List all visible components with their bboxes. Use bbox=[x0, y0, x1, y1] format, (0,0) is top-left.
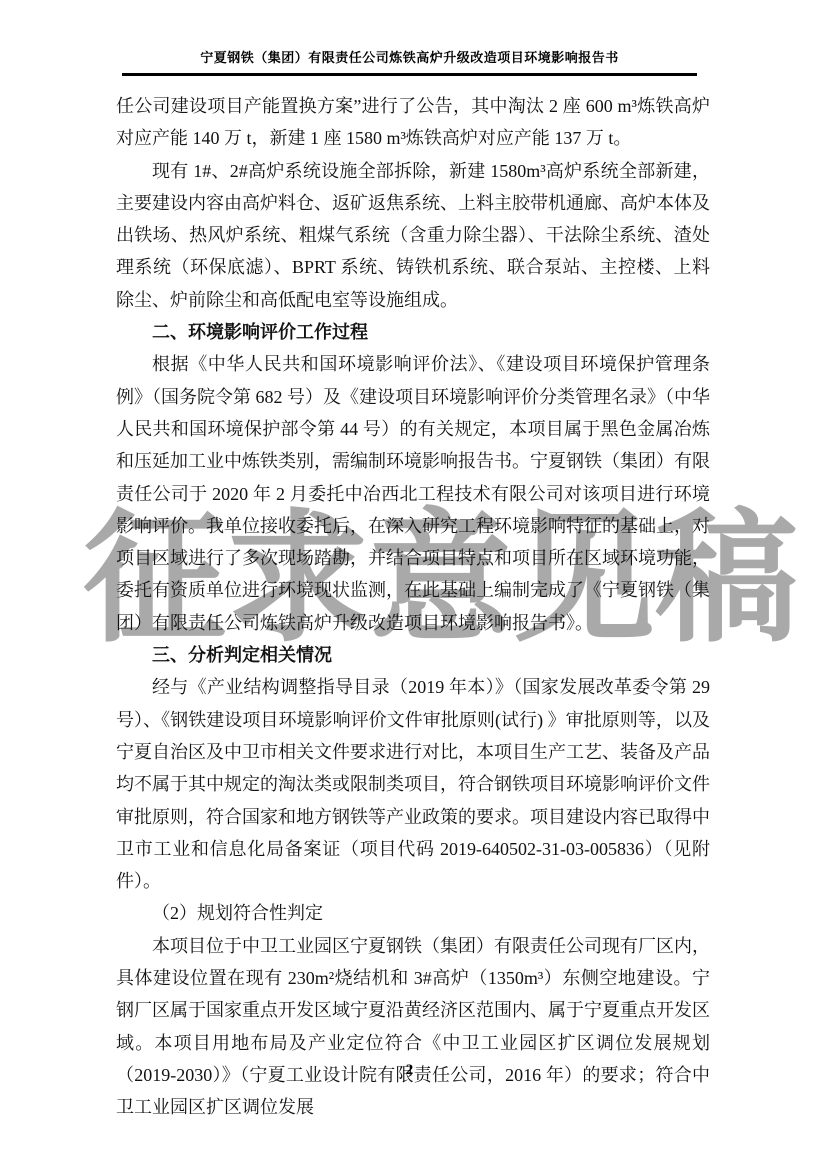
document-body: 任公司建设项目产能置换方案”进行了公告，其中淘汰 2 座 600 m³炼铁高炉对… bbox=[116, 90, 710, 1124]
page-header-title: 宁夏钢铁（集团）有限责任公司炼铁高炉升级改造项目环境影响报告书 bbox=[0, 47, 819, 66]
document-page: 宁夏钢铁（集团）有限责任公司炼铁高炉升级改造项目环境影响报告书 征求意见稿 任公… bbox=[0, 0, 819, 1158]
paragraph: 本项目位于中卫工业园区宁夏钢铁（集团）有限责任公司现有厂区内，具体建设位置在现有… bbox=[116, 930, 710, 1124]
section-heading: 三、分析判定相关情况 bbox=[116, 639, 710, 671]
header-rule bbox=[122, 73, 697, 76]
section-heading: 二、环境影响评价工作过程 bbox=[116, 316, 710, 348]
page-number: 2 bbox=[0, 1062, 819, 1079]
paragraph: （2）规划符合性判定 bbox=[116, 897, 710, 929]
paragraph: 根据《中华人民共和国环境影响评价法》、《建设项目环境保护管理条例》（国务院令第 … bbox=[116, 348, 710, 639]
paragraph: 现有 1#、2#高炉系统设施全部拆除，新建 1580m³高炉系统全部新建，主要建… bbox=[116, 155, 710, 316]
paragraph: 任公司建设项目产能置换方案”进行了公告，其中淘汰 2 座 600 m³炼铁高炉对… bbox=[116, 90, 710, 155]
paragraph: 经与《产业结构调整指导目录（2019 年本）》（国家发展改革委令第 29 号）、… bbox=[116, 671, 710, 897]
